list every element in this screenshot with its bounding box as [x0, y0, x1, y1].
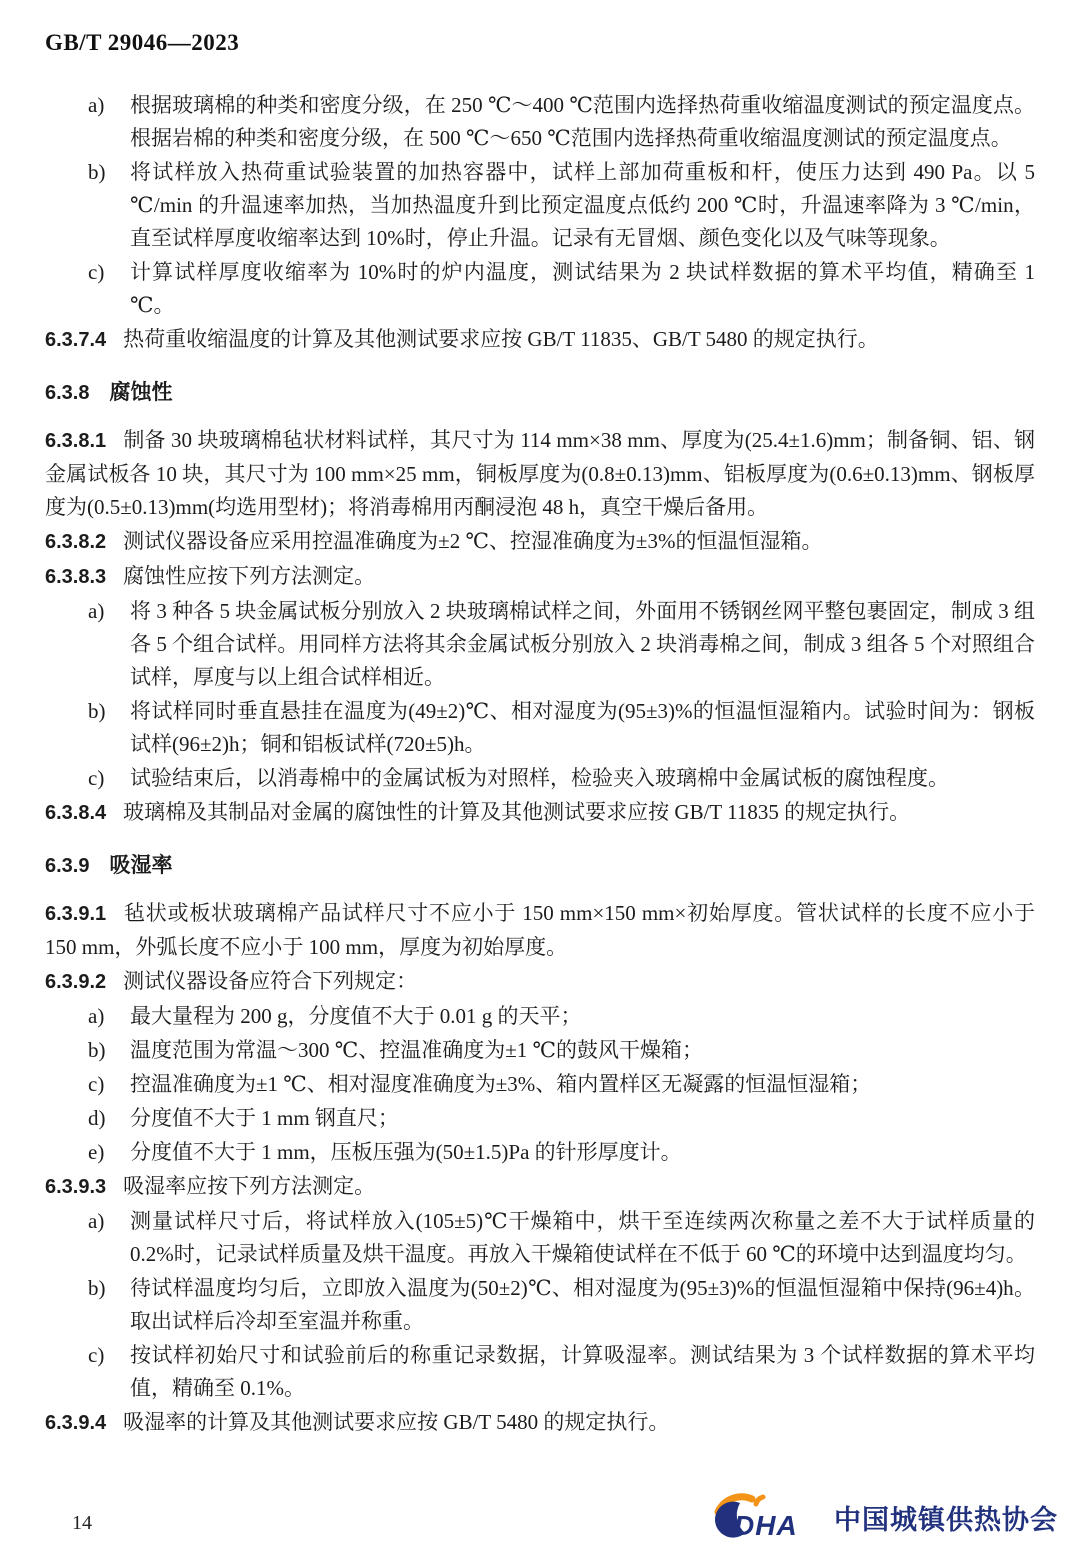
clause-number: 6.3.9.4: [45, 1412, 106, 1434]
page-body: a) 根据玻璃棉的种类和密度分级，在 250 ℃～400 ℃范围内选择热荷重收缩…: [45, 88, 1035, 1441]
list-item: b) 待试样温度均匀后，立即放入温度为(50±2)℃、相对湿度为(95±3)%的…: [45, 1272, 1035, 1338]
clause-6-3-9-3: 6.3.9.3吸湿率应按下列方法测定。: [45, 1170, 1035, 1204]
clause-text: 制备 30 块玻璃棉毡状材料试样，其尺寸为 114 mm×38 mm、厚度为(2…: [45, 428, 1035, 519]
list-item: d) 分度值不大于 1 mm 钢直尺；: [45, 1102, 1035, 1135]
list-item: a) 根据玻璃棉的种类和密度分级，在 250 ℃～400 ℃范围内选择热荷重收缩…: [45, 89, 1035, 155]
association-logo: DHA 中国城镇供热协会: [704, 1486, 1058, 1548]
section-title: 腐蚀性: [109, 381, 172, 404]
list-item-text: 根据玻璃棉的种类和密度分级，在 250 ℃～400 ℃范围内选择热荷重收缩温度测…: [130, 89, 1035, 155]
list-item-text: 分度值不大于 1 mm，压板压强为(50±1.5)Pa 的针形厚度计。: [130, 1136, 1035, 1169]
clause-text: 吸湿率的计算及其他测试要求应按 GB/T 5480 的规定执行。: [123, 1410, 669, 1434]
association-name: 中国城镇供热协会: [834, 1498, 1058, 1537]
list-item-marker: b): [88, 1272, 130, 1338]
list-item-marker: c): [88, 762, 130, 795]
document-page: GB/T 29046—2023 a) 根据玻璃棉的种类和密度分级，在 250 ℃…: [0, 0, 1080, 1568]
list-item-marker: a): [88, 1205, 130, 1271]
list-item-text: 控温准确度为±1 ℃、相对湿度准确度为±3%、箱内置样区无凝露的恒温恒湿箱；: [130, 1068, 1035, 1101]
list-item-text: 计算试样厚度收缩率为 10%时的炉内温度，测试结果为 2 块试样数据的算术平均值…: [130, 256, 1035, 322]
list-item: c) 试验结束后，以消毒棉中的金属试板为对照样，检验夹入玻璃棉中金属试板的腐蚀程…: [45, 762, 1035, 795]
list-item-text: 按试样初始尺寸和试验前后的称重记录数据，计算吸湿率。测试结果为 3 个试样数据的…: [130, 1339, 1035, 1405]
section-number: 6.3.8: [45, 382, 89, 404]
section-heading-6-3-9: 6.3.9吸湿率: [45, 849, 1035, 883]
list-item-text: 温度范围为常温～300 ℃、控温准确度为±1 ℃的鼓风干燥箱；: [130, 1034, 1035, 1067]
clause-text: 测试仪器设备应符合下列规定：: [123, 969, 417, 993]
list-item-marker: e): [88, 1136, 130, 1169]
list-item-text: 最大量程为 200 g，分度值不大于 0.01 g 的天平；: [130, 1000, 1035, 1033]
clause-number: 6.3.9.2: [45, 971, 106, 993]
clause-text: 吸湿率应按下列方法测定。: [123, 1174, 375, 1198]
list-item: a) 最大量程为 200 g，分度值不大于 0.01 g 的天平；: [45, 1000, 1035, 1033]
clause-6-3-9-1: 6.3.9.1毡状或板状玻璃棉产品试样尺寸不应小于 150 mm×150 mm×…: [45, 897, 1035, 964]
clause-text: 毡状或板状玻璃棉产品试样尺寸不应小于 150 mm×150 mm×初始厚度。管状…: [45, 901, 1035, 959]
page-number: 14: [72, 1512, 92, 1535]
list-item: c) 控温准确度为±1 ℃、相对湿度准确度为±3%、箱内置样区无凝露的恒温恒湿箱…: [45, 1068, 1035, 1101]
list-item-text: 分度值不大于 1 mm 钢直尺；: [130, 1102, 1035, 1135]
list-item-marker: a): [88, 595, 130, 694]
clause-number: 6.3.8.4: [45, 802, 106, 824]
list-item-marker: c): [88, 1339, 130, 1405]
list-item-marker: b): [88, 695, 130, 761]
clause-number: 6.3.9.1: [45, 903, 106, 925]
clause-6-3-8-4: 6.3.8.4玻璃棉及其制品对金属的腐蚀性的计算及其他测试要求应按 GB/T 1…: [45, 796, 1035, 830]
list-item-marker: a): [88, 1000, 130, 1033]
doc-number-header: GB/T 29046—2023: [45, 30, 239, 56]
clause-6-3-7-4: 6.3.7.4热荷重收缩温度的计算及其他测试要求应按 GB/T 11835、GB…: [45, 323, 1035, 357]
list-item-text: 测量试样尺寸后，将试样放入(105±5)℃干燥箱中，烘干至连续两次称量之差不大于…: [130, 1205, 1035, 1271]
clause-6-3-8-1: 6.3.8.1制备 30 块玻璃棉毡状材料试样，其尺寸为 114 mm×38 m…: [45, 424, 1035, 524]
list-item-marker: b): [88, 1034, 130, 1067]
section-title: 吸湿率: [109, 854, 172, 877]
clause-number: 6.3.7.4: [45, 329, 106, 351]
list-item-marker: a): [88, 89, 130, 155]
clause-text: 测试仪器设备应采用控温准确度为±2 ℃、控湿准确度为±3%的恒温恒湿箱。: [123, 529, 822, 553]
list-item: a) 将 3 种各 5 块金属试板分别放入 2 块玻璃棉试样之间，外面用不锈钢丝…: [45, 595, 1035, 694]
list-item-text: 将 3 种各 5 块金属试板分别放入 2 块玻璃棉试样之间，外面用不锈钢丝网平整…: [130, 595, 1035, 694]
cdha-logo-icon: DHA: [704, 1486, 826, 1548]
list-item: e) 分度值不大于 1 mm，压板压强为(50±1.5)Pa 的针形厚度计。: [45, 1136, 1035, 1169]
section-number: 6.3.9: [45, 855, 89, 877]
list-item: a) 测量试样尺寸后，将试样放入(105±5)℃干燥箱中，烘干至连续两次称量之差…: [45, 1205, 1035, 1271]
list-item-text: 待试样温度均匀后，立即放入温度为(50±2)℃、相对湿度为(95±3)%的恒温恒…: [130, 1272, 1035, 1338]
clause-number: 6.3.8.2: [45, 531, 106, 553]
clause-number: 6.3.8.1: [45, 430, 106, 452]
clause-text: 热荷重收缩温度的计算及其他测试要求应按 GB/T 11835、GB/T 5480…: [123, 327, 879, 351]
list-item-marker: d): [88, 1102, 130, 1135]
clause-text: 腐蚀性应按下列方法测定。: [123, 564, 375, 588]
svg-text:DHA: DHA: [734, 1510, 798, 1541]
list-item: c) 计算试样厚度收缩率为 10%时的炉内温度，测试结果为 2 块试样数据的算术…: [45, 256, 1035, 322]
list-item-text: 试验结束后，以消毒棉中的金属试板为对照样，检验夹入玻璃棉中金属试板的腐蚀程度。: [130, 762, 1035, 795]
list-item-marker: c): [88, 1068, 130, 1101]
list-item: c) 按试样初始尺寸和试验前后的称重记录数据，计算吸湿率。测试结果为 3 个试样…: [45, 1339, 1035, 1405]
clause-text: 玻璃棉及其制品对金属的腐蚀性的计算及其他测试要求应按 GB/T 11835 的规…: [123, 800, 910, 824]
list-item: b) 将试样同时垂直悬挂在温度为(49±2)℃、相对湿度为(95±3)%的恒温恒…: [45, 695, 1035, 761]
list-item: b) 将试样放入热荷重试验装置的加热容器中，试样上部加荷重板和杆，使压力达到 4…: [45, 156, 1035, 255]
clause-6-3-8-3: 6.3.8.3腐蚀性应按下列方法测定。: [45, 560, 1035, 594]
clause-number: 6.3.9.3: [45, 1176, 106, 1198]
list-item-text: 将试样同时垂直悬挂在温度为(49±2)℃、相对湿度为(95±3)%的恒温恒湿箱内…: [130, 695, 1035, 761]
list-item-marker: c): [88, 256, 130, 322]
clause-number: 6.3.8.3: [45, 566, 106, 588]
clause-6-3-9-4: 6.3.9.4吸湿率的计算及其他测试要求应按 GB/T 5480 的规定执行。: [45, 1406, 1035, 1440]
list-item-text: 将试样放入热荷重试验装置的加热容器中，试样上部加荷重板和杆，使压力达到 490 …: [130, 156, 1035, 255]
list-item-marker: b): [88, 156, 130, 255]
section-heading-6-3-8: 6.3.8腐蚀性: [45, 376, 1035, 410]
list-item: b) 温度范围为常温～300 ℃、控温准确度为±1 ℃的鼓风干燥箱；: [45, 1034, 1035, 1067]
clause-6-3-9-2: 6.3.9.2测试仪器设备应符合下列规定：: [45, 965, 1035, 999]
clause-6-3-8-2: 6.3.8.2测试仪器设备应采用控温准确度为±2 ℃、控湿准确度为±3%的恒温恒…: [45, 525, 1035, 559]
